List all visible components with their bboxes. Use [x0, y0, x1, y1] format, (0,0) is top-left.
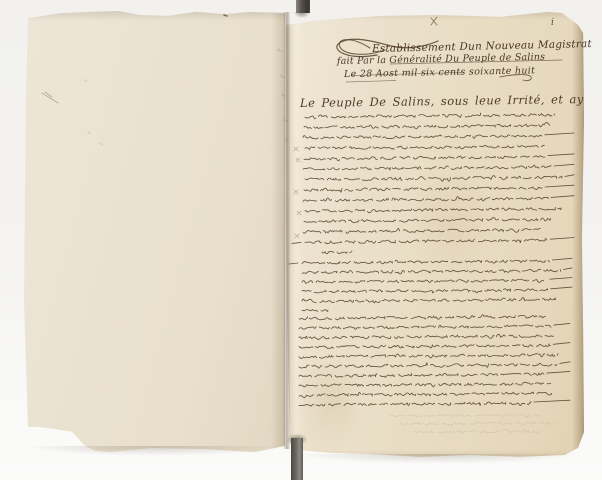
left-page: [23, 11, 285, 453]
folio-number: i: [551, 18, 554, 28]
page-bottom-shading: [286, 450, 584, 460]
clamp-rod-bottom: [291, 438, 303, 480]
page-fore-edge: [572, 11, 584, 460]
clamp-rod-top: [296, 0, 310, 13]
page-top-shading: [23, 11, 285, 21]
right-page: [286, 11, 584, 460]
scanned-manuscript: Establissement Dun Nouveau Magistrat fai…: [0, 0, 602, 480]
page-top-shading: [286, 11, 584, 20]
paper-stain: [406, 161, 496, 281]
binding-gutter: [283, 12, 290, 449]
